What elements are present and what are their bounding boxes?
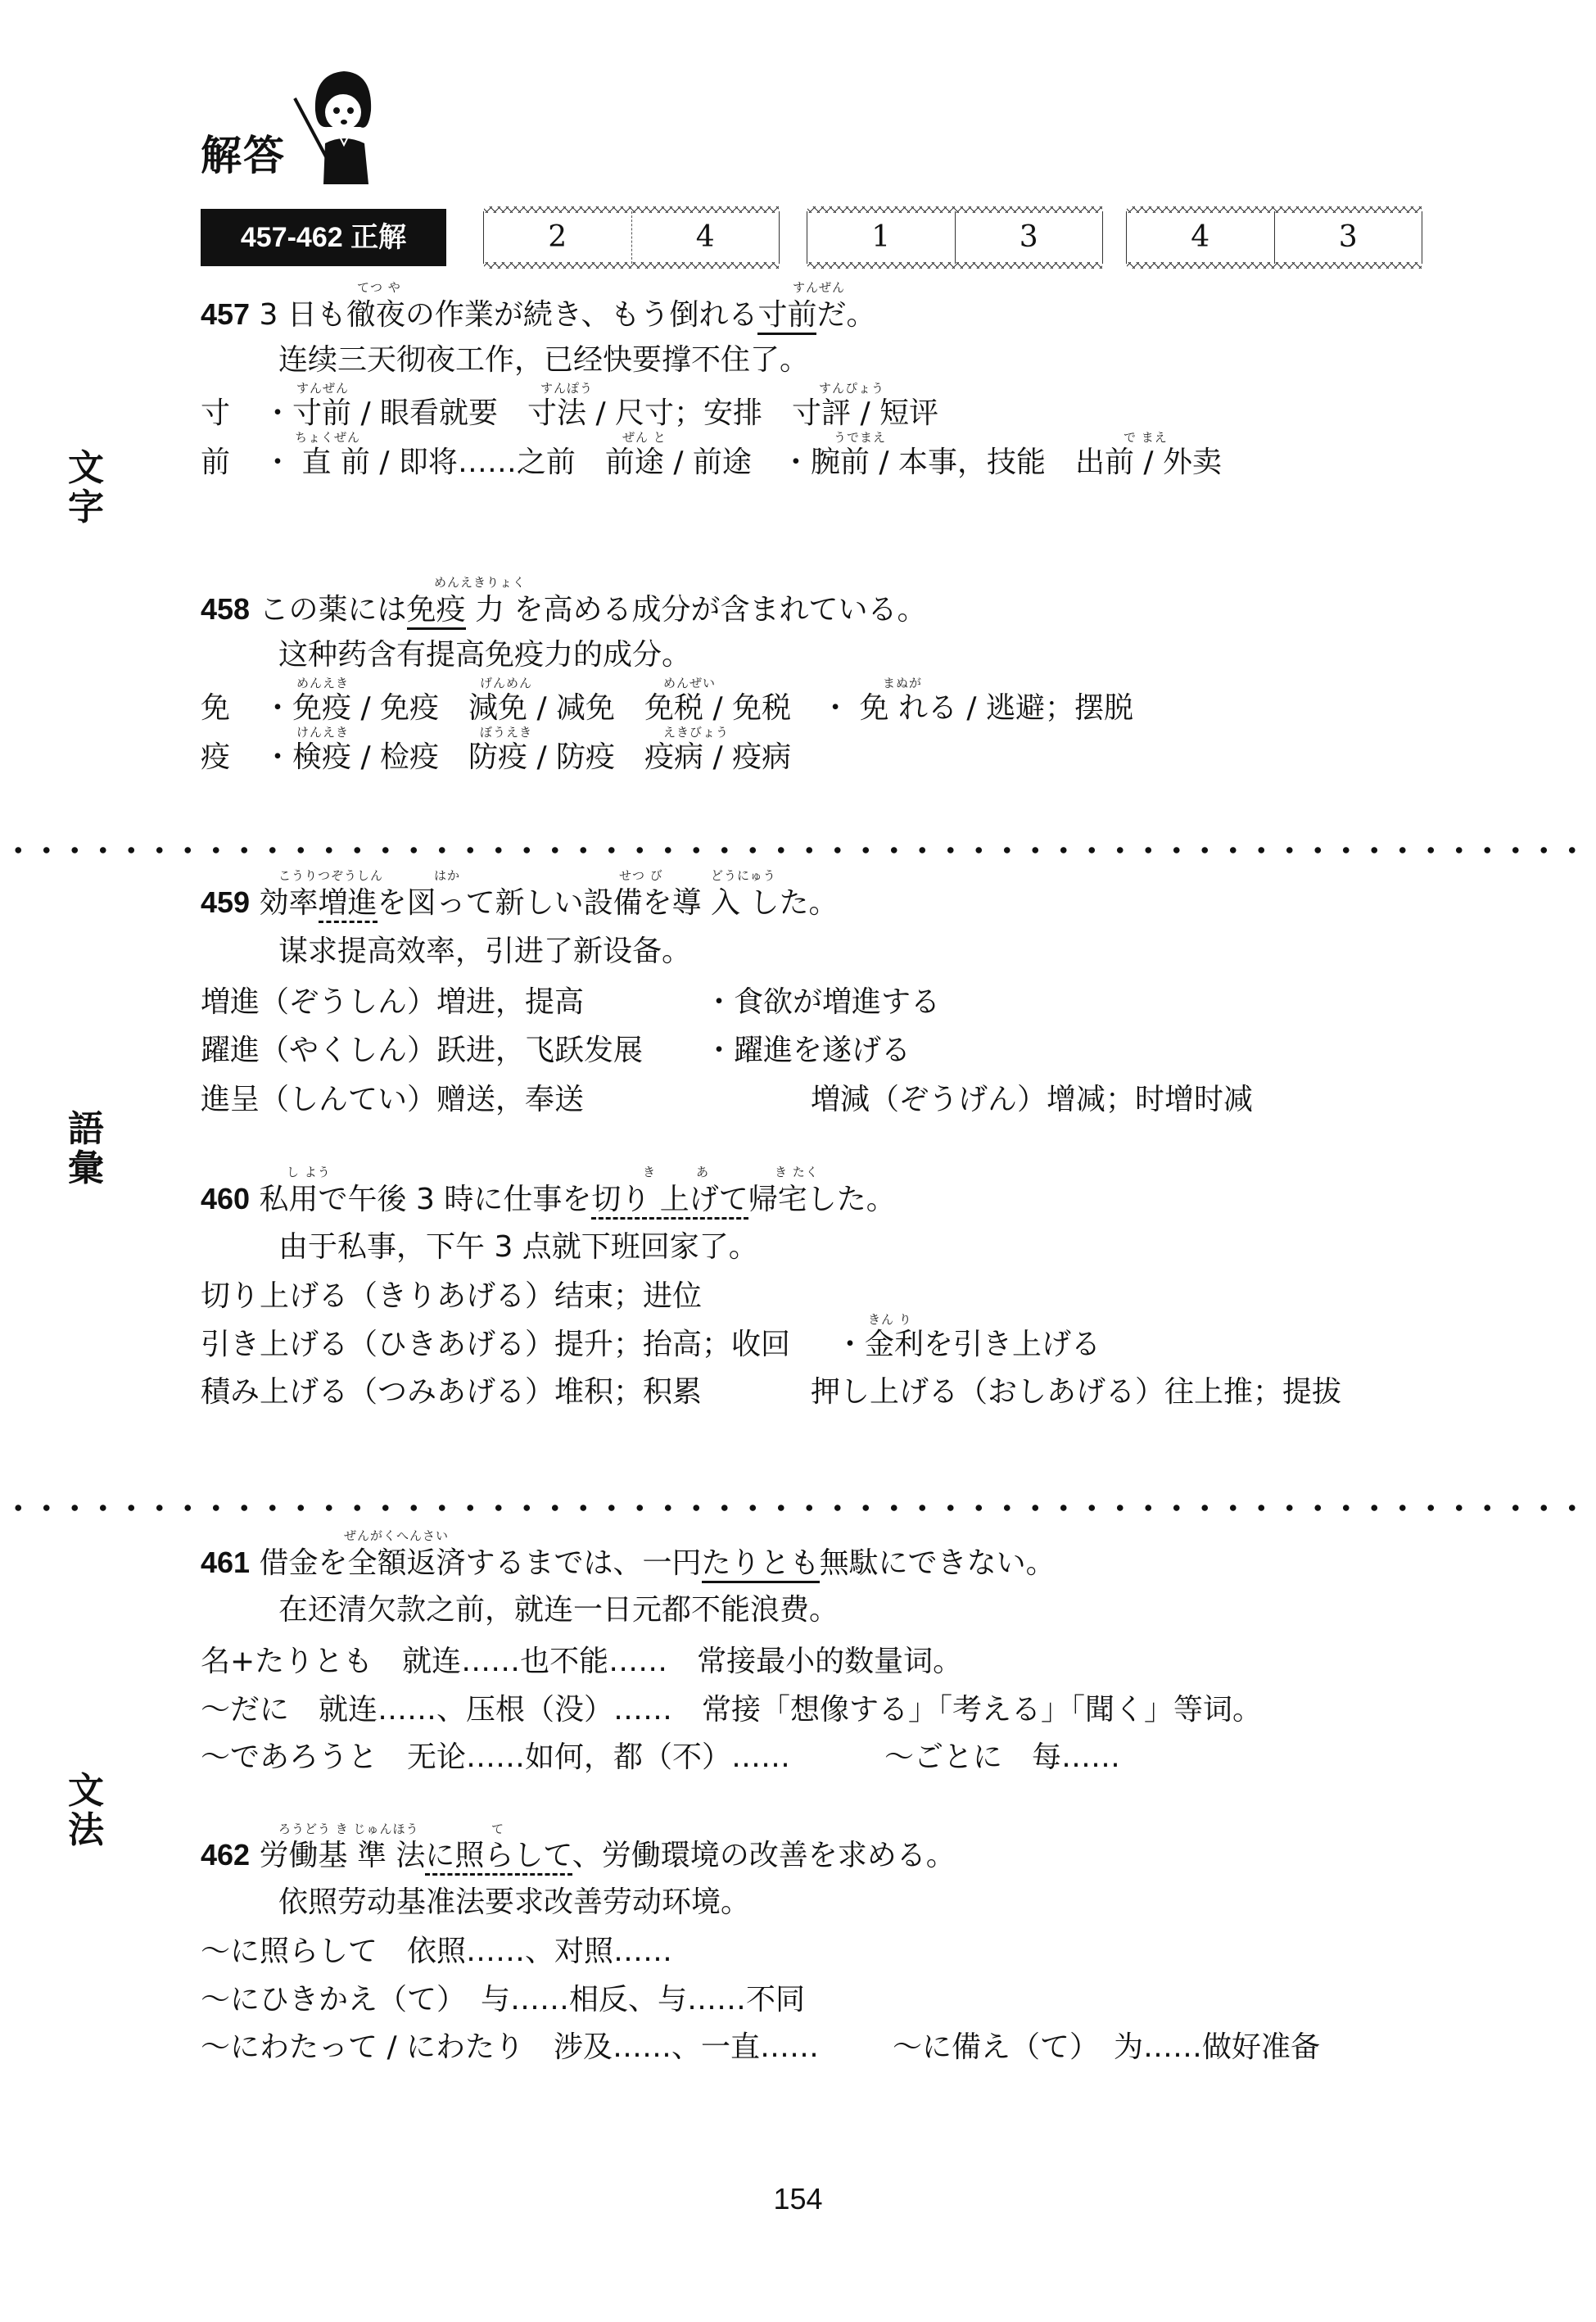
sentence-post: 帰宅した。 [748,1183,896,1216]
section-label-bunpo: 文法 [66,1772,106,1850]
vocab-kanji: 前 [201,446,230,479]
question-462: 462 労働基 準 法に照らして、労働環境の改善を求める。 [201,1837,956,1874]
answer-460: 3 [956,211,1103,264]
question-number: 459 [201,885,250,919]
target-word: に照らして [425,1839,572,1876]
note-left: ～に照らして 依照……、对照…… [201,1934,672,1970]
note-right: ・金利を引き上げる [835,1327,1101,1363]
ruby: けんえき [296,723,349,740]
sentence-pre: 効率 [260,886,319,920]
sentence-pre: 労働基 準 法 [260,1839,426,1872]
note-left: ～にわたって / にわたり 涉及……、一直…… [201,2030,819,2066]
page-heading: 解答 [201,123,286,182]
note-right: 増減（ぞうげん）增减；时增时减 [811,1082,1253,1118]
ruby: きん り [868,1310,912,1328]
ruby: どうにゅう [711,867,776,884]
question-number: 458 [201,592,250,626]
section-divider [4,846,1596,854]
ruby: ぜん と [622,428,667,446]
ruby: ぜんがくへんさい [344,1527,449,1544]
ruby-457-tetsuya: てつ や [357,278,401,296]
question-460: 460 私用で午後 3 時に仕事を切り 上げて帰宅した。 [201,1181,896,1218]
ruby: せつ び [619,867,663,884]
ruby: あ [696,1163,709,1180]
sentence-pre: 借金を全額返済するまでは、一円 [260,1546,702,1580]
ruby: すんぴょう [819,379,884,396]
target-word: たりとも [702,1546,820,1583]
question-number: 460 [201,1182,250,1215]
question-458: 458 この薬には免疫 力 を高める成分が含まれている。 [201,591,926,628]
teacher-mascot-icon [291,61,385,184]
note-left: 積み上げる（つみあげる）堆积；积累 [201,1374,702,1410]
sentence-post: だ。 [816,298,875,332]
translation-459: 谋求提高效率，引进了新设备。 [278,934,691,970]
target-word: 増進 [319,886,378,923]
answer-458: 4 [632,211,780,264]
translation-462: 依照劳动基准法要求改善劳动环境。 [278,1885,750,1921]
ruby: ろうどう き じゅんほう [278,1820,419,1837]
ruby: き [643,1163,656,1180]
translation-457: 连续三天彻夜工作，已经快要撑不住了。 [278,342,809,378]
answer-group-2: 1 3 [807,211,1103,264]
translation-458: 这种药含有提高免疫力的成分。 [278,637,691,673]
target-word: 免疫 [407,593,466,630]
target-word: 切り 上げて [591,1183,748,1220]
note-left: 切り上げる（きりあげる）结束；进位 [201,1279,702,1315]
ruby: き たく [775,1163,819,1180]
answer-group-3: 4 3 [1126,211,1422,264]
note-right: 押し上げる（おしあげる）往上推；提拔 [811,1374,1341,1410]
note-left: 増進（ぞうしん）増进，提高 [201,984,584,1021]
ruby: こうりつぞうしん [278,867,383,884]
note-left: ～にひきかえ（て） 与……相反、与……不同 [201,1982,805,2018]
ruby: まぬが [883,674,922,691]
question-number: 462 [201,1838,250,1872]
ruby-458: めんえきりょく [434,573,526,591]
sentence-pre: この薬には [260,593,407,627]
ruby: で まえ [1124,428,1168,446]
section-label-moji: 文字 [66,449,106,527]
ruby-457-sunzen: すんぜん [793,278,845,296]
ruby: ぼうえき [480,723,532,740]
translation-460: 由于私事，下午 3 点就下班回家了。 [278,1229,758,1265]
translation-461: 在还清欠款之前，就连一日元都不能浪费。 [278,1592,839,1628]
vocab-text: ・検疫 / 检疫 防疫 / 防疫 疫病 / 疫病 [263,740,791,774]
answer-range-label: 457-462 正解 [201,209,446,266]
ruby: し よう [287,1163,331,1180]
vocab-kanji: 寸 [201,396,230,430]
answer-461: 4 [1127,211,1275,264]
note-right: ～に備え（て） 为……做好准备 [893,2030,1320,2066]
sentence-pre: 3 日も徹夜の作業が続き、もう倒れる [260,298,758,332]
note-left: 進呈（しんてい）赠送，奉送 [201,1082,584,1118]
vocab-text: ・寸前 / 眼看就要 寸法 / 尺寸；安排 寸評 / 短评 [263,396,938,430]
ruby: すんぽう [540,379,593,396]
vocab-text: ・免疫 / 免疫 減免 / 减免 免税 / 免税 ・ 免 れる / 逃避；摆脱 [263,691,1133,725]
ruby: はか [434,867,460,884]
answer-462: 3 [1275,211,1422,264]
target-word: 寸前 [757,298,816,335]
ruby: すんぜん [296,379,349,396]
note-left: 引き上げる（ひきあげる）提升；抬高；收回 [201,1327,790,1363]
vocab-kanji: 疫 [201,740,230,774]
ruby: て [491,1820,504,1837]
question-number: 461 [201,1546,250,1579]
vocab-kanji: 免 [201,691,230,725]
note-right: ・食欲が増進する [704,984,940,1021]
question-459: 459 効率増進を図って新しい設備を導 入 した。 [201,885,838,921]
ruby: ちょくぜん [295,428,360,446]
sentence-post: 無駄にできない。 [820,1546,1056,1580]
vocab-row-men: 免・免疫 / 免疫 減免 / 减免 免税 / 免税 ・ 免 れる / 逃避；摆脱 [201,690,1133,726]
question-461: 461 借金を全額返済するまでは、一円たりとも無駄にできない。 [201,1545,1056,1582]
note-right: ～ごとに 每…… [884,1740,1120,1776]
vocab-row-eki: 疫・検疫 / 检疫 防疫 / 防疫 疫病 / 疫病 [201,740,791,776]
note-right: ・躍進を遂げる [704,1033,911,1069]
answer-457: 2 [484,211,632,264]
vocab-row-sun: 寸・寸前 / 眼看就要 寸法 / 尺寸；安排 寸評 / 短评 [201,396,938,432]
question-457: 457 3 日も徹夜の作業が続き、もう倒れる寸前だ。 [201,296,875,333]
note-left: ～であろうと 无论……如何，都（不）…… [201,1740,790,1776]
ruby: めんぜい [663,674,716,691]
ruby: えきびょう [663,723,729,740]
sentence-post: 、労働環境の改善を求める。 [572,1839,956,1872]
sentence-post: を図って新しい設備を導 入 した。 [378,886,839,920]
ruby: めんえき [296,674,349,691]
ruby: げんめん [480,674,532,691]
note-left: 名+たりとも 就连……也不能…… 常接最小的数量词。 [201,1644,962,1680]
vocab-text: ・ 直 前 / 即将……之前 前途 / 前途 ・腕前 / 本事，技能 出前 / … [263,446,1222,479]
section-divider [4,1504,1596,1512]
section-label-goi: 語彙 [66,1110,106,1188]
question-number: 457 [201,297,250,331]
note-left: 躍進（やくしん）跃进，飞跃发展 [201,1033,643,1069]
sentence-pre: 私用で午後 3 時に仕事を [260,1183,592,1216]
answer-459: 1 [807,211,956,264]
sentence-post: 力 を高める成分が含まれている。 [466,593,927,627]
page-number: 154 [0,2182,1596,2216]
note-left: ～だに 就连……、压根（没）…… 常接「想像する」「考える」「聞く」等词。 [201,1692,1262,1728]
vocab-row-zen: 前・ 直 前 / 即将……之前 前途 / 前途 ・腕前 / 本事，技能 出前 /… [201,445,1222,481]
answer-group-1: 2 4 [483,211,780,264]
ruby: うでまえ [834,428,886,446]
